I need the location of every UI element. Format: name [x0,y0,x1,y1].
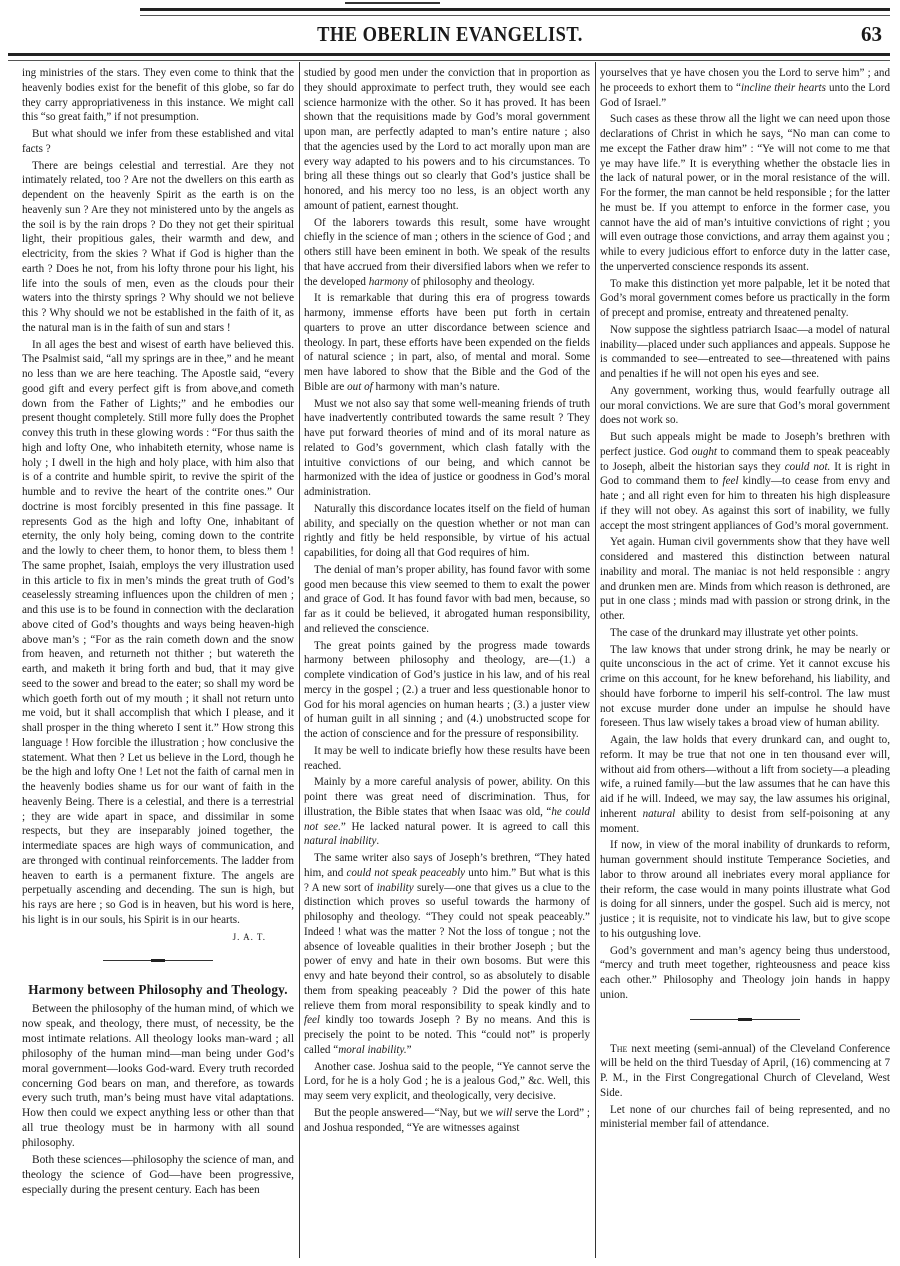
paragraph: It is remarkable that during this era of… [304,291,590,394]
notice-lead: The [610,1043,627,1055]
paragraph: Such cases as these throw all the light … [600,112,890,274]
paragraph: But what should we infer from these esta… [22,127,294,157]
masthead-rule [8,53,890,61]
paragraph: The case of the drunkard may illustrate … [600,626,890,641]
emphasis: ought [692,446,717,458]
paragraph: There are beings celestial and terrestia… [22,159,294,336]
paragraph: But the people answered—“Nay, but we wil… [304,1106,590,1136]
paragraph: The same writer also says of Joseph’s br… [304,851,590,1058]
author-signature: J. A. T. [22,930,294,945]
notice-paragraph: The next meeting (semi-annual) of the Cl… [600,1042,890,1101]
paragraph: yourselves that ye have chosen you the L… [600,66,890,110]
paragraph: Between the philosophy of the human mind… [22,1002,294,1151]
paragraph: In all ages the best and wisest of earth… [22,338,294,928]
paragraph: ing ministries of the stars. They even c… [22,66,294,125]
emphasis: harmony [369,276,408,288]
emphasis: incline their hearts [741,82,826,94]
paragraph: Another case. Joshua said to the people,… [304,1060,590,1104]
paragraph: If now, in view of the moral inability o… [600,838,890,941]
emphasis: natural [643,808,676,820]
column-divider [299,62,300,1258]
paragraph: Now suppose the sightless patriarch Isaa… [600,323,890,382]
article-heading: Harmony between Philosophy and Theology. [22,983,294,998]
emphasis: feel [304,1014,320,1026]
column-3: yourselves that ye have chosen you the L… [600,66,890,1134]
section-separator [690,1019,800,1020]
emphasis: natural inability [304,835,376,847]
notice-paragraph: Let none of our churches fail of being r… [600,1103,890,1133]
paragraph: The denial of man’s proper ability, has … [304,563,590,637]
top-rule [140,8,890,16]
column-divider [595,62,596,1258]
emphasis: will [496,1107,513,1119]
paragraph: To make this distinction yet more palpab… [600,277,890,321]
masthead: THE OBERLIN EVANGELIST. 63 [0,22,900,50]
paragraph: Again, the law holds that every drunkard… [600,733,890,836]
paragraph: Mainly by a more careful analysis of pow… [304,775,590,849]
paragraph: Of the laborers towards this result, som… [304,216,590,290]
column-2: studied by good men under the conviction… [304,66,590,1137]
page-number: 63 [861,22,882,47]
paragraph: The law knows that under strong drink, h… [600,643,890,732]
paragraph: The great points gained by the progress … [304,639,590,742]
emphasis: feel [723,475,739,487]
masthead-ornament [345,2,440,4]
paragraph: Must we not also say that some well-mean… [304,397,590,500]
paragraph: studied by good men under the conviction… [304,66,590,214]
paragraph: Yet again. Human civil governments show … [600,535,890,624]
paragraph: It may be well to indicate briefly how t… [304,744,590,774]
emphasis: inability [377,882,414,894]
emphasis: out of [347,381,373,393]
emphasis: could not. [785,461,831,473]
emphasis: could not speak peaceably [346,867,465,879]
section-separator [103,960,213,961]
paragraph: But such appeals might be made to Joseph… [600,430,890,533]
paragraph: God’s government and man’s agency being … [600,944,890,1003]
emphasis: moral inability. [338,1044,406,1056]
paragraph: Both these sciences—philosophy the scien… [22,1153,294,1198]
column-1: ing ministries of the stars. They even c… [22,66,294,1200]
publication-title: THE OBERLIN EVANGELIST. [54,22,846,47]
paragraph: Any government, working thus, would fear… [600,384,890,428]
paragraph: Naturally this discordance locates itsel… [304,502,590,561]
